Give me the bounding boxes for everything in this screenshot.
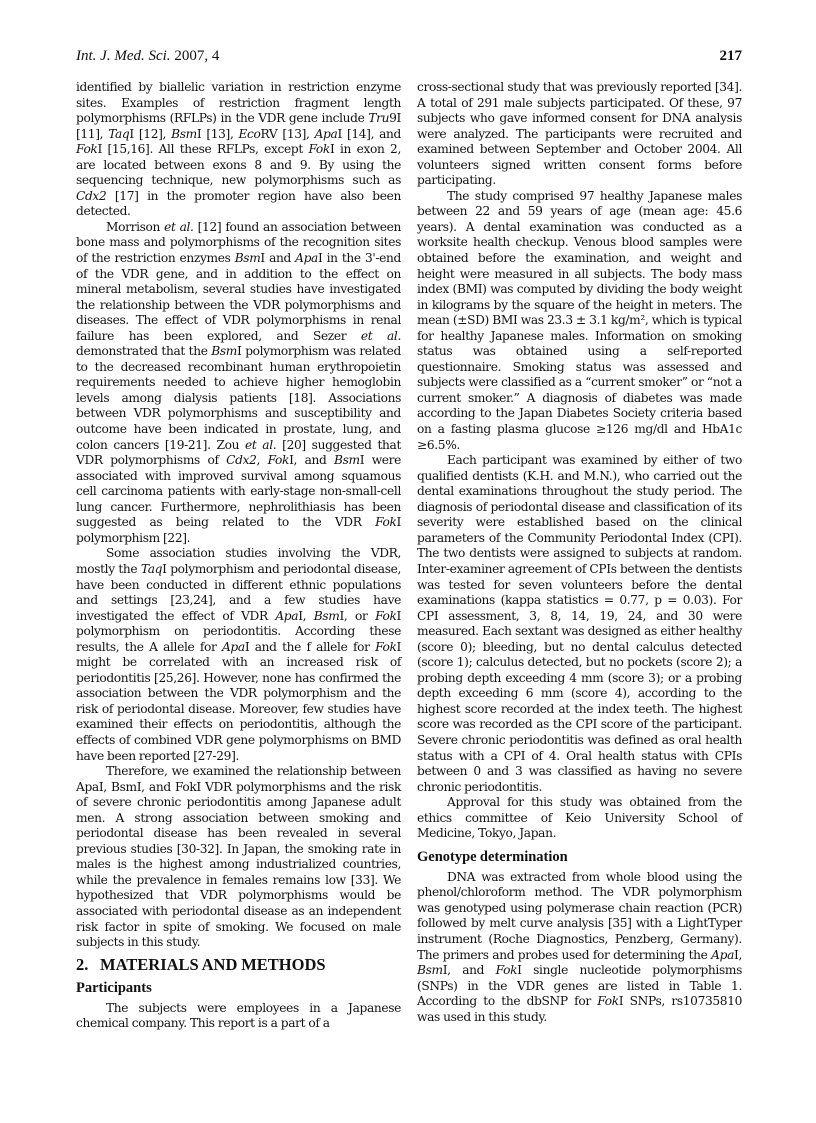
paragraph: Therefore, we examined the relationship … (76, 764, 401, 951)
italic-term: Bsm (334, 453, 360, 467)
italic-term: Taq (141, 562, 162, 576)
italic-term: Cdx2 (76, 189, 106, 203)
section-title: MATERIALS AND METHODS (100, 955, 326, 974)
page-number: 217 (720, 48, 743, 65)
italic-term: Apa (222, 640, 245, 654)
italic-term: Apa (275, 609, 298, 623)
left-column: identified by biallelic variation in res… (76, 80, 401, 1032)
italic-term: Fok (375, 609, 396, 623)
paragraph: The subjects were employees in a Japanes… (76, 1001, 401, 1032)
spacer (417, 842, 742, 846)
italic-term: Bsm (417, 963, 443, 977)
subsection-heading-participants: Participants (76, 979, 401, 997)
italic-term: Fok (375, 515, 396, 529)
italic-term: Bsm (211, 344, 237, 358)
paragraph: Morrison et al. [12] found an associatio… (76, 220, 401, 546)
italic-term: Bsm (171, 127, 197, 141)
paragraph: DNA was extracted from whole blood using… (417, 870, 742, 1025)
italic-term: Fok (375, 640, 396, 654)
italic-term: Fok (496, 963, 517, 977)
italic-term: Fok (597, 994, 618, 1008)
journal-name: Int. J. Med. Sci. (76, 48, 171, 64)
paragraph: The study comprised 97 healthy Japanese … (417, 189, 742, 453)
italic-term: Tru (368, 111, 389, 125)
italic-term: Bsm (314, 609, 340, 623)
italic-term: Fok (268, 453, 289, 467)
section-heading: 2.MATERIALS AND METHODS (76, 955, 401, 975)
italic-term: Bsm (235, 251, 261, 265)
italic-term: Apa (711, 948, 734, 962)
italic-term: Apa (315, 127, 338, 141)
italic-term: Fok (76, 142, 97, 156)
paragraph: identified by biallelic variation in res… (76, 80, 401, 220)
paragraph: Approval for this study was obtained fro… (417, 795, 742, 842)
paragraph: Each participant was examined by either … (417, 453, 742, 795)
subsection-heading-genotype: Genotype determination (417, 848, 742, 866)
italic-term: et al (245, 438, 273, 452)
italic-term: et al. (164, 220, 193, 234)
italic-term: Taq (108, 127, 129, 141)
journal-volume: 2007, 4 (171, 48, 220, 64)
right-column: cross-sectional study that was previousl… (417, 80, 742, 1025)
paragraph: Some association studies involving the V… (76, 546, 401, 764)
italic-term: et al (361, 329, 398, 343)
paragraph: cross-sectional study that was previousl… (417, 80, 742, 189)
italic-term: Fok (308, 142, 329, 156)
running-header: Int. J. Med. Sci. 2007, 4 217 (76, 48, 742, 68)
section-number: 2. (76, 955, 100, 975)
italic-term: Apa (295, 251, 318, 265)
italic-term: Cdx2 (226, 453, 256, 467)
journal-citation: Int. J. Med. Sci. 2007, 4 (76, 48, 219, 65)
italic-term: Eco (239, 127, 261, 141)
